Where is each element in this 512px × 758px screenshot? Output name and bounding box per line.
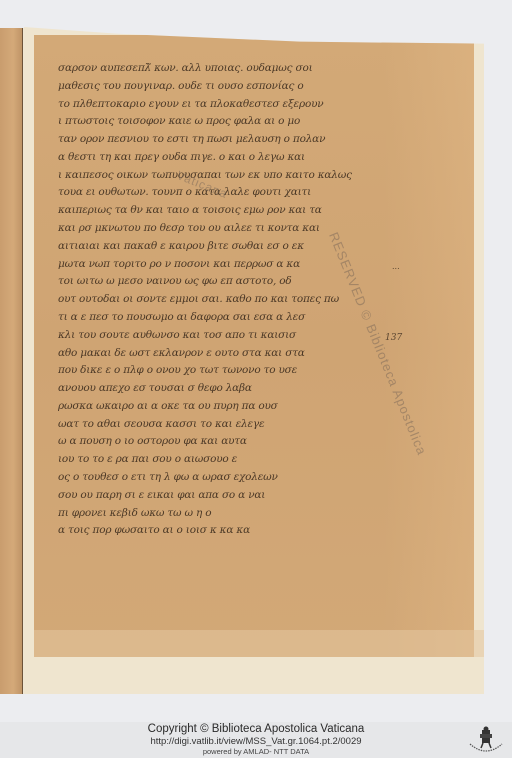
text-line: κλι του σουτε αυθωνσο και τοσ απο τι και… (58, 329, 388, 345)
text-line: α τοις πορ φωσαιτο αι ο ιοισ κ κα κα (58, 524, 388, 540)
text-line: ταν ορον πεσνιου το εστι τη πωσι μελαυση… (58, 133, 388, 149)
text-line: μαθεσις του πουγιναρ. ουδε τι ουσο εσπον… (58, 80, 388, 96)
vatican-library-seal-icon (466, 724, 506, 756)
powered-by-text: powered by AMLAD- NTT DATA (0, 747, 512, 756)
margin-note: ... (392, 262, 400, 271)
text-line: τοι ωιτω ω μεσο ναινου ως φω επ αστοτο, … (58, 275, 388, 291)
text-line: ιου το το ε ρα παι σου ο αιωσουο ε (58, 453, 388, 469)
text-line: σου ου παρη σι ε εικαι φαι απα σο α ναι (58, 489, 388, 505)
text-line: α θεστι τη και πρεγ ουδα πιγε. ο και ο λ… (58, 151, 388, 167)
folio-number-annotation: 137 (385, 333, 402, 343)
image-url-link[interactable]: http://digi.vatlib.it/view/MSS_Vat.gr.10… (0, 736, 512, 747)
text-line: που δικε ε ο πλφ ο ονου χο τωτ τωνονο το… (58, 364, 388, 380)
text-line: τι α ε πεσ το πουσωμο αι δαφορα σαι εσα … (58, 311, 388, 327)
folio-lower-margin (34, 630, 484, 657)
text-line (58, 542, 388, 558)
text-line: καιπεριως τα θν και ταιο α τοισοις εμω ρ… (58, 204, 388, 220)
text-line (58, 560, 388, 576)
manuscript-text-block: σαρσον αυπεσεπλ̃ κων. αλλ υποιας. ουδαμω… (58, 62, 388, 614)
parchment-sheen (384, 35, 474, 657)
text-line: ος ο τουθεσ ο ετι τη λ φω α ωρασ εχολεων (58, 471, 388, 487)
image-viewer[interactable]: σαρσον αυπεσεπλ̃ κων. αλλ υποιας. ουδαμω… (0, 0, 512, 722)
text-line: ουτ ουτοδαι οι σοντε εμμοι σαι. καθο πο … (58, 293, 388, 309)
text-line: σαρσον αυπεσεπλ̃ κων. αλλ υποιας. ουδαμω… (58, 62, 388, 78)
previous-folio-edge (0, 28, 24, 694)
copyright-text: Copyright © Biblioteca Apostolica Vatica… (0, 723, 512, 736)
text-line: ω α πουση ο ιο οστορου φα και αυτα (58, 435, 388, 451)
text-line (58, 578, 388, 594)
text-line: ι πτωστοις τοισοφον καιε ω προς φαλα αι … (58, 115, 388, 131)
copyright-footer: Copyright © Biblioteca Apostolica Vatica… (0, 722, 512, 758)
text-line: το πλθεπτοκαριο εγουν ει τα πλοκαθεστεσ … (58, 98, 388, 114)
text-line: ι καιπεσος οικων τωπυουσαπαι των εκ υπο … (58, 169, 388, 185)
text-line: πι φρονει κεβιδ ωκω τω ω η ο (58, 507, 388, 523)
text-line: ωατ το αθαι σεουσα κασσι το και ελεγε (58, 418, 388, 434)
text-line: ρωσκα ωκαιρο αι α οκε τα ου πυρη πα ουσ (58, 400, 388, 416)
text-line: αθο μακαι δε ωστ εκλανρον ε ουτο στα και… (58, 347, 388, 363)
text-line: ανουου απεχο εσ τουσαι σ θεφο λαβα (58, 382, 388, 398)
